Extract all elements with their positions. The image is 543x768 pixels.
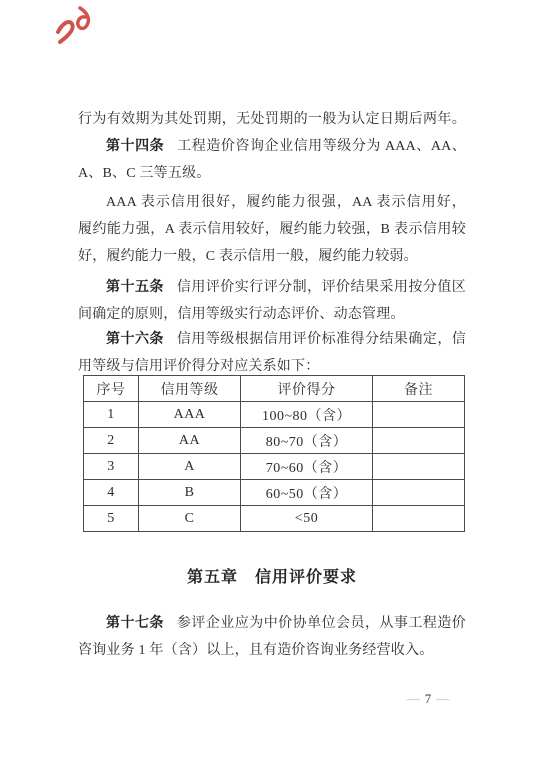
header-grade: 信用等级 — [139, 376, 241, 402]
table-row: 5 C <50 — [84, 506, 465, 532]
cell-score: 60~50（含） — [241, 480, 373, 506]
article-15-line-2: 间确定的原则，信用等级实行动态评价、动态管理。 — [78, 301, 466, 328]
page-number-value: 7 — [425, 691, 432, 707]
cell-grade: C — [139, 506, 241, 532]
article-14-line-2: A、B、C 三等五级。 — [78, 160, 466, 187]
page-number-dash-right: — — [436, 691, 449, 707]
cell-score: 80~70（含） — [241, 428, 373, 454]
article-16-label: 第十六条 — [106, 332, 164, 347]
article-16-line-1: 第十六条信用等级根据信用评价标准得分结果确定，信 — [78, 326, 466, 353]
cell-grade: B — [139, 480, 241, 506]
cell-note — [373, 480, 465, 506]
body-line: AAA 表示信用很好，履约能力很强，AA 表示信用好， — [78, 189, 466, 216]
table-row: 3 A 70~60（含） — [84, 454, 465, 480]
cell-grade: A — [139, 454, 241, 480]
article-15-line-1: 第十五条信用评价实行评分制，评价结果采用按分值区 — [78, 274, 466, 301]
header-serial: 序号 — [84, 376, 139, 402]
article-17-line-2: 咨询业务 1 年（含）以上，且有造价咨询业务经营收入。 — [78, 637, 466, 664]
body-line: 好，履约能力一般，C 表示信用一般，履约能力较弱。 — [78, 243, 466, 270]
table-row: 1 AAA 100~80（含） — [84, 402, 465, 428]
body-line: 行为有效期为其处罚期，无处罚期的一般为认定日期后两年。 — [78, 106, 466, 133]
body-text: 信用等级根据信用评价标准得分结果确定，信 — [177, 332, 466, 347]
cell-score: 70~60（含） — [241, 454, 373, 480]
cell-note — [373, 428, 465, 454]
table-row: 4 B 60~50（含） — [84, 480, 465, 506]
body-text: 信用评价实行评分制，评价结果采用按分值区 — [177, 280, 466, 295]
cell-serial: 1 — [84, 402, 139, 428]
table-row: 2 AA 80~70（含） — [84, 428, 465, 454]
cell-serial: 2 — [84, 428, 139, 454]
red-ink-annotation — [50, 2, 102, 50]
document-page: 行为有效期为其处罚期，无处罚期的一般为认定日期后两年。 第十四条工程造价咨询企业… — [0, 0, 543, 768]
article-14-line-1: 第十四条工程造价咨询企业信用等级分为 AAA、AA、 — [78, 133, 466, 160]
header-remarks: 备注 — [373, 376, 465, 402]
page-number-dash-left: — — [407, 691, 420, 707]
cell-score: <50 — [241, 506, 373, 532]
page-number: — 7 — — [398, 691, 458, 707]
body-line: 履约能力强，A 表示信用较好，履约能力较强，B 表示信用较 — [78, 216, 466, 243]
article-15-label: 第十五条 — [106, 280, 164, 295]
cell-note — [373, 506, 465, 532]
cell-grade: AAA — [139, 402, 241, 428]
header-score: 评价得分 — [241, 376, 373, 402]
cell-grade: AA — [139, 428, 241, 454]
article-17-line-1: 第十七条参评企业应为中价协单位会员，从事工程造价 — [78, 610, 466, 637]
cell-serial: 4 — [84, 480, 139, 506]
article-17-label: 第十七条 — [106, 616, 164, 631]
article-14-label: 第十四条 — [106, 139, 164, 154]
chapter-heading: 第五章 信用评价要求 — [78, 566, 466, 590]
credit-rating-table: 序号 信用等级 评价得分 备注 1 AAA 100~80（含） 2 AA 80~… — [83, 375, 465, 532]
cell-serial: 3 — [84, 454, 139, 480]
table-header-row: 序号 信用等级 评价得分 备注 — [84, 376, 465, 402]
cell-serial: 5 — [84, 506, 139, 532]
body-text: 参评企业应为中价协单位会员，从事工程造价 — [177, 616, 466, 631]
cell-note — [373, 402, 465, 428]
cell-note — [373, 454, 465, 480]
body-text: 工程造价咨询企业信用等级分为 AAA、AA、 — [177, 139, 466, 154]
cell-score: 100~80（含） — [241, 402, 373, 428]
